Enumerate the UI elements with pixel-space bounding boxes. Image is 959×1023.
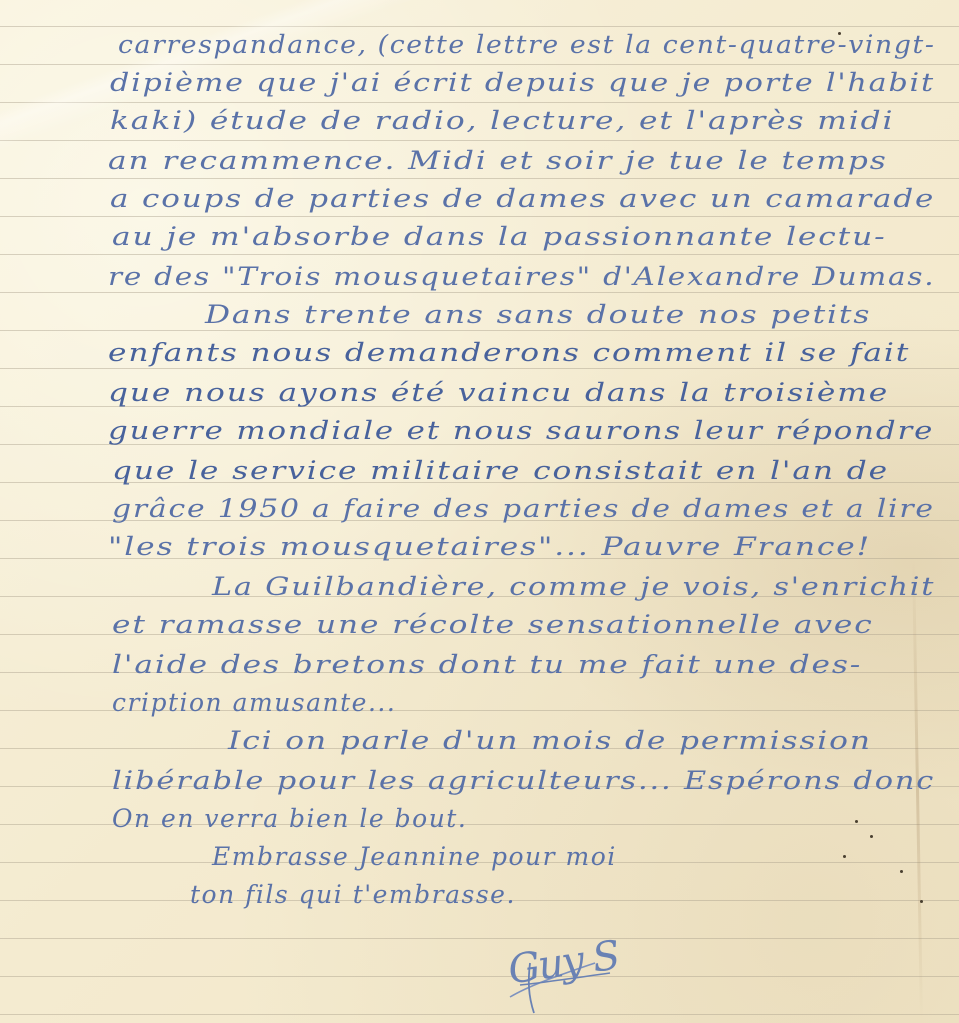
letter-line-11: guerre mondiale et nous saurons leur rép… [108, 416, 934, 446]
paper-speck [870, 835, 873, 838]
letter-line-21: On en verra bien le bout. [112, 804, 467, 834]
letter-line-17: l'aide des bretons dont tu me fait une d… [112, 650, 862, 680]
letter-line-7: re des "Trois mousquetaires" d'Alexandre… [108, 262, 935, 292]
letter-closing-line-2: ton fils qui t'embrasse. [190, 880, 516, 910]
letter-line-6: au je m'absorbe dans la passionnante lec… [112, 222, 887, 252]
letter-line-14: "les trois mousquetaires"... Pauvre Fran… [108, 532, 871, 562]
paper-speck [838, 32, 841, 35]
letter-line-19: Ici on parle d'un mois de permission [228, 726, 872, 756]
letter-line-13: grâce 1950 a faire des parties de dames … [112, 494, 935, 524]
letter-line-3: kaki) étude de radio, lecture, et l'aprè… [110, 106, 894, 136]
letter-line-8: Dans trente ans sans doute nos petits [205, 300, 871, 330]
letter-line-15: La Guilbandière, comme je vois, s'enrich… [212, 572, 935, 602]
letter-line-9: enfants nous demanderons comment il se f… [108, 338, 910, 368]
letter-line-12: que le service militaire consistait en l… [112, 456, 889, 486]
letter-line-1: carrespandance, (cette lettre est la cen… [118, 30, 935, 60]
paper-speck [843, 855, 846, 858]
letter-line-20: libérable pour les agriculteurs... Espér… [112, 766, 935, 796]
letter-line-18: cription amusante... [112, 688, 396, 718]
letter-line-4: an recammence. Midi et soir je tue le te… [108, 146, 888, 176]
paper-speck [900, 870, 903, 873]
letter-line-2: dipième que j'ai écrit depuis que je por… [110, 68, 935, 98]
letter-line-16: et ramasse une récolte sensationnelle av… [112, 610, 874, 640]
paper-speck [920, 900, 923, 903]
letter-line-5: a coups de parties de dames avec un cama… [110, 184, 935, 214]
letter-closing-line-1: Embrasse Jeannine pour moi [212, 842, 617, 872]
paper-speck [855, 820, 858, 823]
letter-line-10: que nous ayons été vaincu dans la troisi… [108, 378, 889, 408]
